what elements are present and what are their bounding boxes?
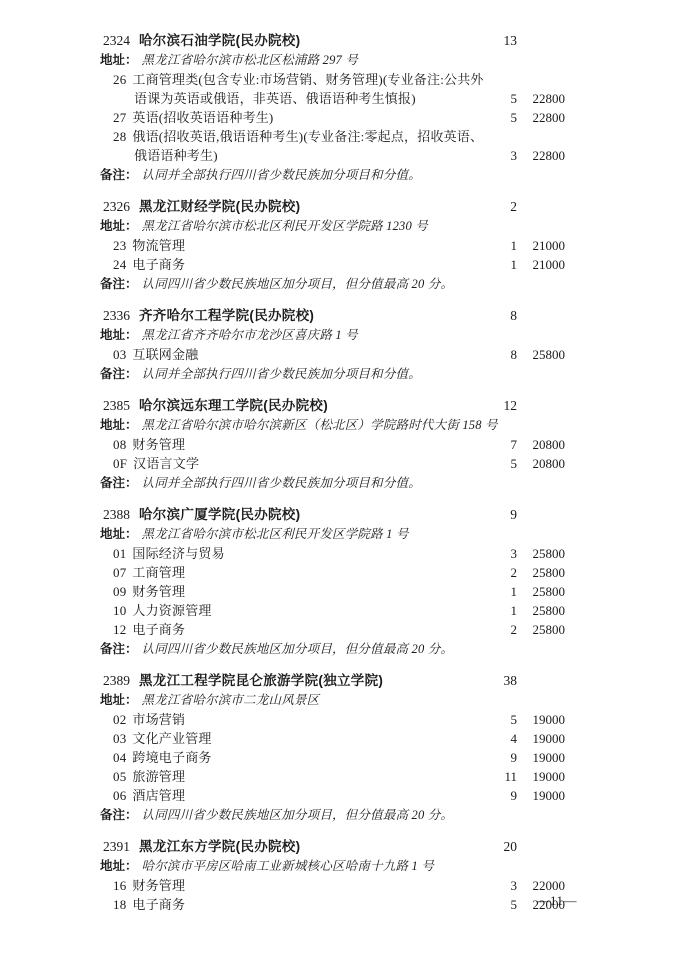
school-title: 2336齐齐哈尔工程学院(民办院校) <box>100 306 487 325</box>
page-number: —11— <box>536 891 577 910</box>
major-name: 互联网金融 <box>132 347 198 362</box>
major-code: 09 <box>113 584 126 599</box>
address-label: 地址： <box>100 328 138 342</box>
major-code: 02 <box>113 712 126 727</box>
major-main: 06酒店管理 <box>100 786 487 805</box>
note-text: 认同四川省少数民族地区加分项目，但分值最高 20 分。 <box>142 808 454 822</box>
note-label: 备注： <box>100 277 138 291</box>
address-row: 地址：哈尔滨市平房区哈南工业新城核心区哈南十九路 1 号 <box>100 856 565 876</box>
major-row: 26工商管理类(包含专业:市场营销、财务管理)(专业备注:公共外语课为英语或俄语… <box>100 70 565 108</box>
major-row: 03互联网金融 8 25800 <box>100 345 565 364</box>
address-main: 地址：黑龙江省哈尔滨市松北区利民开发区学院路 1230 号 <box>100 216 565 236</box>
major-fee: 25800 <box>517 544 565 563</box>
major-fee: 19000 <box>517 729 565 748</box>
school-code: 2389 <box>103 673 130 688</box>
document-page: 2324哈尔滨石油学院(民办院校) 13 地址：黑龙江省哈尔滨市松北区松浦路 2… <box>0 0 680 961</box>
major-count: 5 <box>487 454 517 473</box>
major-row: 12电子商务 2 25800 <box>100 620 565 639</box>
major-row: 18电子商务 5 22000 <box>100 895 565 914</box>
school-name: 黑龙江财经学院(民办院校) <box>139 199 300 214</box>
major-name: 财务管理 <box>132 437 185 452</box>
note-row: 备注：认同四川省少数民族地区加分项目，但分值最高 20 分。 <box>100 274 565 294</box>
major-count: 1 <box>487 236 517 255</box>
major-name: 工商管理类(包含专业:市场营销、财务管理)(专业备注:公共外语课为英语或俄语，非… <box>132 72 483 106</box>
note-label: 备注： <box>100 476 138 490</box>
school-header-row: 2324哈尔滨石油学院(民办院校) 13 <box>100 31 565 50</box>
school-plan-count: 13 <box>487 31 517 50</box>
note-row: 备注：认同四川省少数民族地区加分项目，但分值最高 20 分。 <box>100 639 565 659</box>
school-block: 2389黑龙江工程学院昆仑旅游学院(独立学院) 38 地址：黑龙江省哈尔滨市二龙… <box>100 671 565 825</box>
major-main: 09财务管理 <box>100 582 487 601</box>
major-name: 电子商务 <box>132 257 185 272</box>
major-code: 06 <box>113 788 126 803</box>
school-header-row: 2389黑龙江工程学院昆仑旅游学院(独立学院) 38 <box>100 671 565 690</box>
major-row: 28俄语(招收英语,俄语语种考生)(专业备注:零起点，招收英语、俄语语种考生) … <box>100 127 565 165</box>
school-header-row: 2385哈尔滨远东理工学院(民办院校) 12 <box>100 396 565 415</box>
address-row: 地址：黑龙江省哈尔滨市松北区松浦路 297 号 <box>100 50 565 70</box>
major-name: 电子商务 <box>132 897 185 912</box>
school-header-row: 2391黑龙江东方学院(民办院校) 20 <box>100 837 565 856</box>
major-row: 02市场营销 5 19000 <box>100 710 565 729</box>
school-block: 2336齐齐哈尔工程学院(民办院校) 8 地址：黑龙江省齐齐哈尔市龙沙区喜庆路 … <box>100 306 565 384</box>
address-row: 地址：黑龙江省哈尔滨市松北区利民开发区学院路 1 号 <box>100 524 565 544</box>
major-code: 03 <box>113 731 126 746</box>
major-name: 旅游管理 <box>132 769 185 784</box>
note-row: 备注：认同并全部执行四川省少数民族加分项目和分值。 <box>100 473 565 493</box>
major-name: 酒店管理 <box>132 788 185 803</box>
major-fee: 19000 <box>517 710 565 729</box>
major-row: 23物流管理 1 21000 <box>100 236 565 255</box>
note-row: 备注：认同四川省少数民族地区加分项目，但分值最高 20 分。 <box>100 805 565 825</box>
note-text: 认同并全部执行四川省少数民族加分项目和分值。 <box>142 476 421 490</box>
school-plan-count: 8 <box>487 306 517 325</box>
address-text: 黑龙江省哈尔滨市哈尔滨新区（松北区）学院路时代大街 158 号 <box>142 418 498 432</box>
major-code: 04 <box>113 750 126 765</box>
school-title: 2389黑龙江工程学院昆仑旅游学院(独立学院) <box>100 671 487 690</box>
address-main: 地址：哈尔滨市平房区哈南工业新城核心区哈南十九路 1 号 <box>100 856 565 876</box>
note-row: 备注：认同并全部执行四川省少数民族加分项目和分值。 <box>100 364 565 384</box>
major-count: 2 <box>487 563 517 582</box>
major-fee: 20800 <box>517 454 565 473</box>
major-row: 08财务管理 7 20800 <box>100 435 565 454</box>
major-count: 3 <box>487 146 517 165</box>
major-name: 电子商务 <box>132 622 185 637</box>
note-text: 认同并全部执行四川省少数民族加分项目和分值。 <box>142 168 421 182</box>
note-main: 备注：认同并全部执行四川省少数民族加分项目和分值。 <box>100 473 565 493</box>
school-code: 2336 <box>103 308 130 323</box>
major-code: 28 <box>113 129 126 144</box>
address-text: 黑龙江省哈尔滨市二龙山风景区 <box>142 693 320 707</box>
address-row: 地址：黑龙江省齐齐哈尔市龙沙区喜庆路 1 号 <box>100 325 565 345</box>
major-name: 市场营销 <box>132 712 185 727</box>
school-plan-count: 2 <box>487 197 517 216</box>
address-label: 地址： <box>100 859 138 873</box>
major-list: 02市场营销 5 19000 03文化产业管理 4 19000 04跨境电子商务… <box>100 710 565 805</box>
school-code: 2326 <box>103 199 130 214</box>
school-title: 2324哈尔滨石油学院(民办院校) <box>100 31 487 50</box>
major-row: 04跨境电子商务 9 19000 <box>100 748 565 767</box>
major-fee: 25800 <box>517 582 565 601</box>
major-fee: 21000 <box>517 255 565 274</box>
school-title: 2326黑龙江财经学院(民办院校) <box>100 197 487 216</box>
address-row: 地址：黑龙江省哈尔滨市二龙山风景区 <box>100 690 565 710</box>
major-code: 08 <box>113 437 126 452</box>
major-count: 5 <box>487 89 517 108</box>
major-name: 英语(招收英语语种考生) <box>132 110 273 125</box>
school-name: 哈尔滨石油学院(民办院校) <box>139 33 300 48</box>
major-name: 工商管理 <box>132 565 185 580</box>
address-text: 黑龙江省哈尔滨市松北区利民开发区学院路 1 号 <box>142 527 409 541</box>
note-label: 备注： <box>100 168 138 182</box>
address-text: 黑龙江省哈尔滨市松北区松浦路 297 号 <box>142 53 359 67</box>
note-row: 备注：认同并全部执行四川省少数民族加分项目和分值。 <box>100 165 565 185</box>
major-main: 07工商管理 <box>100 563 487 582</box>
major-row: 24电子商务 1 21000 <box>100 255 565 274</box>
major-main: 05旅游管理 <box>100 767 487 786</box>
address-row: 地址：黑龙江省哈尔滨市哈尔滨新区（松北区）学院路时代大街 158 号 <box>100 415 565 435</box>
major-count: 5 <box>487 895 517 914</box>
school-name: 哈尔滨远东理工学院(民办院校) <box>139 398 328 413</box>
school-code: 2391 <box>103 839 130 854</box>
major-code: 18 <box>113 897 126 912</box>
major-count: 9 <box>487 786 517 805</box>
school-block: 2324哈尔滨石油学院(民办院校) 13 地址：黑龙江省哈尔滨市松北区松浦路 2… <box>100 31 565 185</box>
major-count: 7 <box>487 435 517 454</box>
major-count: 8 <box>487 345 517 364</box>
address-text: 哈尔滨市平房区哈南工业新城核心区哈南十九路 1 号 <box>142 859 435 873</box>
address-main: 地址：黑龙江省齐齐哈尔市龙沙区喜庆路 1 号 <box>100 325 565 345</box>
major-main: 02市场营销 <box>100 710 487 729</box>
major-fee: 22800 <box>517 108 565 127</box>
address-label: 地址： <box>100 219 138 233</box>
major-fee: 22800 <box>517 89 565 108</box>
major-name: 人力资源管理 <box>132 603 211 618</box>
school-plan-count: 12 <box>487 396 517 415</box>
school-title: 2391黑龙江东方学院(民办院校) <box>100 837 487 856</box>
note-main: 备注：认同并全部执行四川省少数民族加分项目和分值。 <box>100 165 565 185</box>
major-count: 5 <box>487 108 517 127</box>
major-fee: 25800 <box>517 620 565 639</box>
major-list: 03互联网金融 8 25800 <box>100 345 565 364</box>
major-code: 26 <box>113 72 126 87</box>
major-list: 08财务管理 7 20800 0F汉语言文学 5 20800 <box>100 435 565 473</box>
major-main: 28俄语(招收英语,俄语语种考生)(专业备注:零起点，招收英语、俄语语种考生) <box>100 127 487 165</box>
major-main: 24电子商务 <box>100 255 487 274</box>
address-label: 地址： <box>100 693 138 707</box>
school-plan-count: 38 <box>487 671 517 690</box>
major-row: 0F汉语言文学 5 20800 <box>100 454 565 473</box>
major-row: 07工商管理 2 25800 <box>100 563 565 582</box>
major-count: 2 <box>487 620 517 639</box>
major-row: 16财务管理 3 22000 <box>100 876 565 895</box>
major-count: 1 <box>487 582 517 601</box>
major-fee: 19000 <box>517 786 565 805</box>
major-count: 4 <box>487 729 517 748</box>
note-label: 备注： <box>100 642 138 656</box>
major-count: 1 <box>487 255 517 274</box>
major-main: 27英语(招收英语语种考生) <box>100 108 487 127</box>
major-code: 01 <box>113 546 126 561</box>
major-row: 05旅游管理 11 19000 <box>100 767 565 786</box>
school-code: 2388 <box>103 507 130 522</box>
major-code: 03 <box>113 347 126 362</box>
major-name: 跨境电子商务 <box>132 750 211 765</box>
major-name: 俄语(招收英语,俄语语种考生)(专业备注:零起点，招收英语、俄语语种考生) <box>132 129 483 163</box>
major-name: 财务管理 <box>132 584 185 599</box>
address-main: 地址：黑龙江省哈尔滨市二龙山风景区 <box>100 690 565 710</box>
major-list: 26工商管理类(包含专业:市场营销、财务管理)(专业备注:公共外语课为英语或俄语… <box>100 70 565 165</box>
major-count: 9 <box>487 748 517 767</box>
school-title: 2388哈尔滨广厦学院(民办院校) <box>100 505 487 524</box>
school-name: 黑龙江东方学院(民办院校) <box>139 839 300 854</box>
school-code: 2324 <box>103 33 130 48</box>
major-main: 04跨境电子商务 <box>100 748 487 767</box>
note-main: 备注：认同四川省少数民族地区加分项目，但分值最高 20 分。 <box>100 274 565 294</box>
major-code: 23 <box>113 238 126 253</box>
school-header-row: 2336齐齐哈尔工程学院(民办院校) 8 <box>100 306 565 325</box>
major-name: 财务管理 <box>132 878 185 893</box>
major-count: 5 <box>487 710 517 729</box>
major-main: 03文化产业管理 <box>100 729 487 748</box>
major-fee: 22800 <box>517 146 565 165</box>
major-name: 汉语言文学 <box>133 456 199 471</box>
school-block: 2385哈尔滨远东理工学院(民办院校) 12 地址：黑龙江省哈尔滨市哈尔滨新区（… <box>100 396 565 493</box>
major-main: 23物流管理 <box>100 236 487 255</box>
major-fee: 20800 <box>517 435 565 454</box>
address-label: 地址： <box>100 53 138 67</box>
note-text: 认同四川省少数民族地区加分项目，但分值最高 20 分。 <box>142 277 454 291</box>
major-main: 26工商管理类(包含专业:市场营销、财务管理)(专业备注:公共外语课为英语或俄语… <box>100 70 487 108</box>
major-fee: 25800 <box>517 345 565 364</box>
note-main: 备注：认同并全部执行四川省少数民族加分项目和分值。 <box>100 364 565 384</box>
major-list: 01国际经济与贸易 3 25800 07工商管理 2 25800 09财务管理 … <box>100 544 565 639</box>
major-fee: 19000 <box>517 748 565 767</box>
major-name: 国际经济与贸易 <box>132 546 224 561</box>
major-name: 文化产业管理 <box>132 731 211 746</box>
note-main: 备注：认同四川省少数民族地区加分项目，但分值最高 20 分。 <box>100 805 565 825</box>
major-code: 16 <box>113 878 126 893</box>
school-block: 2388哈尔滨广厦学院(民办院校) 9 地址：黑龙江省哈尔滨市松北区利民开发区学… <box>100 505 565 659</box>
major-fee: 25800 <box>517 563 565 582</box>
school-name: 黑龙江工程学院昆仑旅游学院(独立学院) <box>139 673 383 688</box>
major-code: 12 <box>113 622 126 637</box>
major-list: 16财务管理 3 22000 18电子商务 5 22000 <box>100 876 565 914</box>
major-main: 0F汉语言文学 <box>100 454 487 473</box>
major-main: 01国际经济与贸易 <box>100 544 487 563</box>
major-count: 1 <box>487 601 517 620</box>
major-row: 06酒店管理 9 19000 <box>100 786 565 805</box>
major-code: 05 <box>113 769 126 784</box>
major-main: 08财务管理 <box>100 435 487 454</box>
address-row: 地址：黑龙江省哈尔滨市松北区利民开发区学院路 1230 号 <box>100 216 565 236</box>
major-main: 10人力资源管理 <box>100 601 487 620</box>
address-label: 地址： <box>100 527 138 541</box>
address-main: 地址：黑龙江省哈尔滨市松北区利民开发区学院路 1 号 <box>100 524 565 544</box>
note-label: 备注： <box>100 367 138 381</box>
school-header-row: 2326黑龙江财经学院(民办院校) 2 <box>100 197 565 216</box>
major-row: 01国际经济与贸易 3 25800 <box>100 544 565 563</box>
school-list: 2324哈尔滨石油学院(民办院校) 13 地址：黑龙江省哈尔滨市松北区松浦路 2… <box>100 31 565 926</box>
school-plan-count: 9 <box>487 505 517 524</box>
major-list: 23物流管理 1 21000 24电子商务 1 21000 <box>100 236 565 274</box>
major-main: 18电子商务 <box>100 895 487 914</box>
major-row: 10人力资源管理 1 25800 <box>100 601 565 620</box>
school-block: 2326黑龙江财经学院(民办院校) 2 地址：黑龙江省哈尔滨市松北区利民开发区学… <box>100 197 565 294</box>
school-title: 2385哈尔滨远东理工学院(民办院校) <box>100 396 487 415</box>
address-main: 地址：黑龙江省哈尔滨市哈尔滨新区（松北区）学院路时代大街 158 号 <box>100 415 565 435</box>
major-fee: 21000 <box>517 236 565 255</box>
school-code: 2385 <box>103 398 130 413</box>
address-main: 地址：黑龙江省哈尔滨市松北区松浦路 297 号 <box>100 50 565 70</box>
school-name: 哈尔滨广厦学院(民办院校) <box>139 507 300 522</box>
major-count: 3 <box>487 876 517 895</box>
major-count: 11 <box>487 767 517 786</box>
note-label: 备注： <box>100 808 138 822</box>
major-main: 16财务管理 <box>100 876 487 895</box>
address-text: 黑龙江省哈尔滨市松北区利民开发区学院路 1230 号 <box>142 219 428 233</box>
major-code: 27 <box>113 110 126 125</box>
note-text: 认同并全部执行四川省少数民族加分项目和分值。 <box>142 367 421 381</box>
school-plan-count: 20 <box>487 837 517 856</box>
major-row: 27英语(招收英语语种考生) 5 22800 <box>100 108 565 127</box>
note-main: 备注：认同四川省少数民族地区加分项目，但分值最高 20 分。 <box>100 639 565 659</box>
major-code: 24 <box>113 257 126 272</box>
address-text: 黑龙江省齐齐哈尔市龙沙区喜庆路 1 号 <box>142 328 358 342</box>
major-row: 03文化产业管理 4 19000 <box>100 729 565 748</box>
major-code: 0F <box>113 456 127 471</box>
school-header-row: 2388哈尔滨广厦学院(民办院校) 9 <box>100 505 565 524</box>
major-name: 物流管理 <box>132 238 185 253</box>
major-code: 07 <box>113 565 126 580</box>
major-row: 09财务管理 1 25800 <box>100 582 565 601</box>
school-block: 2391黑龙江东方学院(民办院校) 20 地址：哈尔滨市平房区哈南工业新城核心区… <box>100 837 565 914</box>
major-main: 03互联网金融 <box>100 345 487 364</box>
address-label: 地址： <box>100 418 138 432</box>
major-main: 12电子商务 <box>100 620 487 639</box>
major-fee: 19000 <box>517 767 565 786</box>
note-text: 认同四川省少数民族地区加分项目，但分值最高 20 分。 <box>142 642 454 656</box>
major-fee: 25800 <box>517 601 565 620</box>
school-name: 齐齐哈尔工程学院(民办院校) <box>139 308 314 323</box>
major-count: 3 <box>487 544 517 563</box>
major-code: 10 <box>113 603 126 618</box>
